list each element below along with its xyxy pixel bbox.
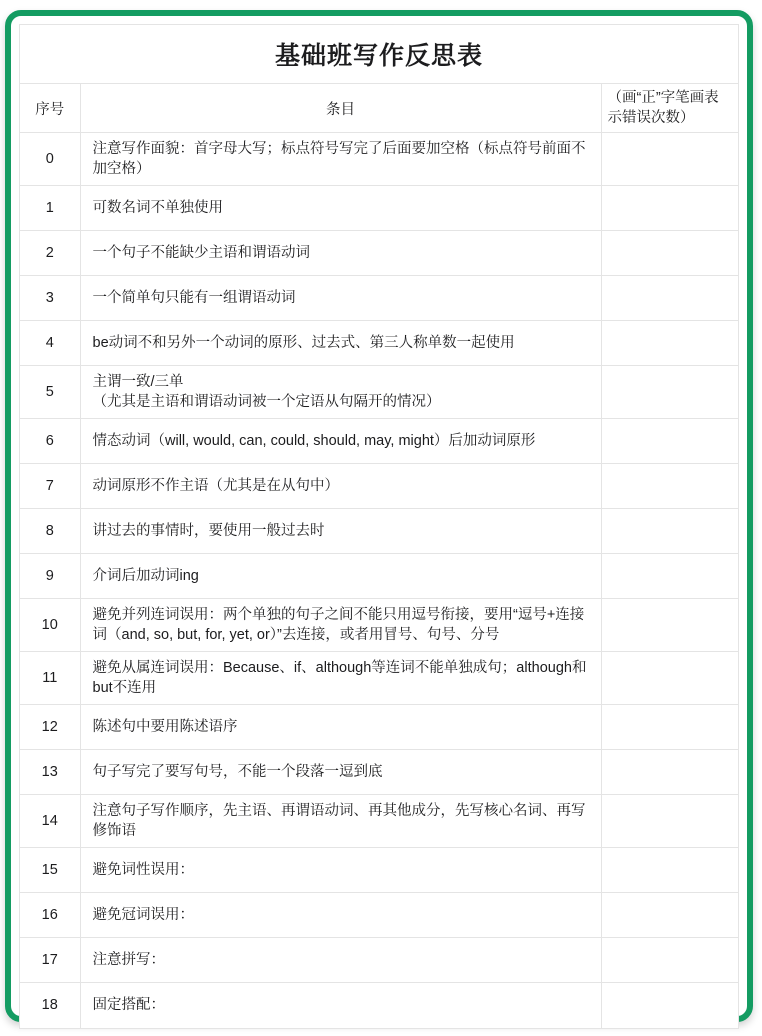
reflection-table: 序号 条目 （画“正”字笔画表示错误次数） 0 注意写作面貌：首字母大写；标点符…: [20, 84, 738, 1028]
row-item: 可数名词不单独使用: [80, 186, 601, 231]
row-tally: [601, 464, 738, 509]
table-row: 16 避免冠词误用：: [20, 893, 738, 938]
table-row: 0 注意写作面貌：首字母大写；标点符号写完了后面要加空格（标点符号前面不加空格）: [20, 133, 738, 186]
table-row: 5 主谓一致/三单 （尤其是主语和谓语动词被一个定语从句隔开的情况）: [20, 366, 738, 419]
row-index: 9: [20, 554, 80, 599]
row-item: be动词不和另外一个动词的原形、过去式、第三人称单数一起使用: [80, 321, 601, 366]
page-canvas: 基础班写作反思表 序号 条目 （画“正”字笔画表示错误次数） 0 注意写作面貌：…: [0, 0, 762, 1036]
row-item: 注意句子写作顺序，先主语、再谓语动词、再其他成分，先写核心名词、再写修饰语: [80, 795, 601, 848]
header-tally: （画“正”字笔画表示错误次数）: [601, 84, 738, 133]
row-index: 5: [20, 366, 80, 419]
row-index: 4: [20, 321, 80, 366]
row-index: 6: [20, 419, 80, 464]
row-tally: [601, 321, 738, 366]
row-index: 14: [20, 795, 80, 848]
row-tally: [601, 133, 738, 186]
row-item: 避免冠词误用：: [80, 893, 601, 938]
sheet-title: 基础班写作反思表: [20, 25, 738, 84]
header-row: 序号 条目 （画“正”字笔画表示错误次数）: [20, 84, 738, 133]
row-index: 18: [20, 983, 80, 1028]
table-row: 17 注意拼写：: [20, 938, 738, 983]
row-item: 避免并列连词误用：两个单独的句子之间不能只用逗号衔接，要用“逗号+连接词（and…: [80, 599, 601, 652]
row-item: 固定搭配：: [80, 983, 601, 1028]
row-index: 12: [20, 705, 80, 750]
row-tally: [601, 554, 738, 599]
row-index: 0: [20, 133, 80, 186]
row-tally: [601, 938, 738, 983]
row-item: 一个简单句只能有一组谓语动词: [80, 276, 601, 321]
row-item: 避免词性误用：: [80, 848, 601, 893]
row-item: 一个句子不能缺少主语和谓语动词: [80, 231, 601, 276]
row-tally: [601, 231, 738, 276]
row-item: 注意拼写：: [80, 938, 601, 983]
row-tally: [601, 186, 738, 231]
row-item: 避免从属连词误用：Because、if、although等连词不能单独成句；al…: [80, 652, 601, 705]
row-index: 7: [20, 464, 80, 509]
table-row: 15 避免词性误用：: [20, 848, 738, 893]
row-tally: [601, 419, 738, 464]
table-row: 1 可数名词不单独使用: [20, 186, 738, 231]
row-tally: [601, 983, 738, 1028]
row-index: 8: [20, 509, 80, 554]
row-tally: [601, 750, 738, 795]
row-index: 3: [20, 276, 80, 321]
row-tally: [601, 366, 738, 419]
table-row: 3 一个简单句只能有一组谓语动词: [20, 276, 738, 321]
row-item: 陈述句中要用陈述语序: [80, 705, 601, 750]
table-row: 2 一个句子不能缺少主语和谓语动词: [20, 231, 738, 276]
header-index: 序号: [20, 84, 80, 133]
table-body: 0 注意写作面貌：首字母大写；标点符号写完了后面要加空格（标点符号前面不加空格）…: [20, 133, 738, 1028]
green-card-frame: 基础班写作反思表 序号 条目 （画“正”字笔画表示错误次数） 0 注意写作面貌：…: [5, 10, 753, 1022]
table-row: 18 固定搭配：: [20, 983, 738, 1028]
row-tally: [601, 652, 738, 705]
row-tally: [601, 893, 738, 938]
table-row: 9 介词后加动词ing: [20, 554, 738, 599]
table-row: 10 避免并列连词误用：两个单独的句子之间不能只用逗号衔接，要用“逗号+连接词（…: [20, 599, 738, 652]
table-row: 11 避免从属连词误用：Because、if、although等连词不能单独成句…: [20, 652, 738, 705]
row-index: 13: [20, 750, 80, 795]
row-tally: [601, 509, 738, 554]
table-row: 8 讲过去的事情时，要使用一般过去时: [20, 509, 738, 554]
row-item: 句子写完了要写句号，不能一个段落一逗到底: [80, 750, 601, 795]
row-index: 10: [20, 599, 80, 652]
row-item: 动词原形不作主语（尤其是在从句中）: [80, 464, 601, 509]
row-index: 15: [20, 848, 80, 893]
row-item: 讲过去的事情时，要使用一般过去时: [80, 509, 601, 554]
row-tally: [601, 599, 738, 652]
row-item: 注意写作面貌：首字母大写；标点符号写完了后面要加空格（标点符号前面不加空格）: [80, 133, 601, 186]
row-index: 16: [20, 893, 80, 938]
reflection-sheet: 基础班写作反思表 序号 条目 （画“正”字笔画表示错误次数） 0 注意写作面貌：…: [19, 24, 739, 1029]
row-item: 介词后加动词ing: [80, 554, 601, 599]
row-tally: [601, 848, 738, 893]
row-index: 2: [20, 231, 80, 276]
row-index: 11: [20, 652, 80, 705]
row-index: 17: [20, 938, 80, 983]
table-row: 6 情态动词（will, would, can, could, should, …: [20, 419, 738, 464]
row-tally: [601, 795, 738, 848]
row-tally: [601, 705, 738, 750]
table-row: 13 句子写完了要写句号，不能一个段落一逗到底: [20, 750, 738, 795]
table-header: 序号 条目 （画“正”字笔画表示错误次数）: [20, 84, 738, 133]
row-tally: [601, 276, 738, 321]
row-item: 主谓一致/三单 （尤其是主语和谓语动词被一个定语从句隔开的情况）: [80, 366, 601, 419]
table-row: 12 陈述句中要用陈述语序: [20, 705, 738, 750]
table-row: 14 注意句子写作顺序，先主语、再谓语动词、再其他成分，先写核心名词、再写修饰语: [20, 795, 738, 848]
row-index: 1: [20, 186, 80, 231]
table-row: 4 be动词不和另外一个动词的原形、过去式、第三人称单数一起使用: [20, 321, 738, 366]
header-item: 条目: [80, 84, 601, 133]
table-row: 7 动词原形不作主语（尤其是在从句中）: [20, 464, 738, 509]
row-item: 情态动词（will, would, can, could, should, ma…: [80, 419, 601, 464]
